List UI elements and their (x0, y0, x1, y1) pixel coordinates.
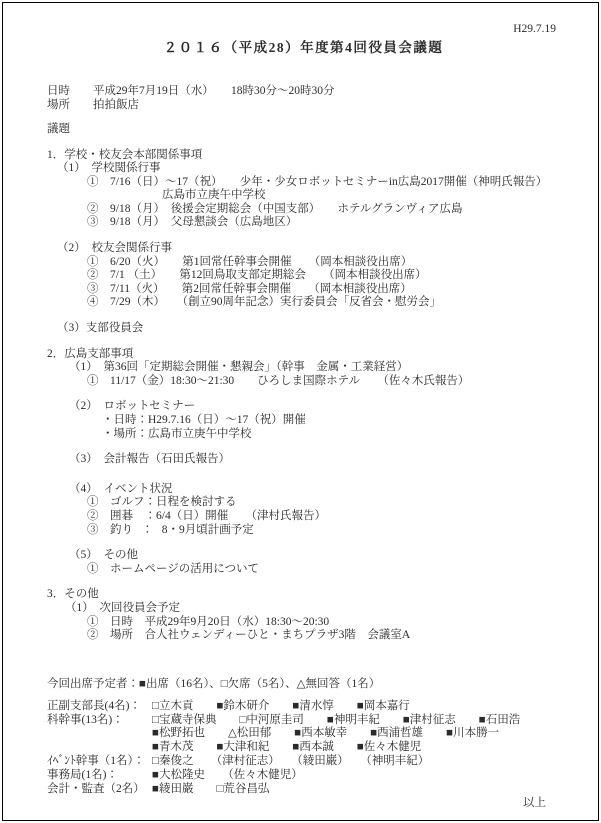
attendance-rows: 正副支部長(4名)： □立木貢 ■鈴木研介 ■清水惇 ■岡本嘉行 科幹事(13名… (47, 700, 560, 797)
section-hiroshima-shibu: 2．広島支部事項 （1） 第36回「定期総会開催・懇親会」（幹事 金属・工業経営… (47, 348, 560, 577)
datetime-label: 日時 (47, 85, 93, 99)
place-label: 場所 (47, 99, 93, 113)
agenda-item: ② 囲碁 ：6/4（日）開催 （津村氏報告） (47, 510, 560, 524)
attendance-row-names: ■大松隆史 （佐々木健児） (152, 769, 303, 783)
agenda-item: ・日時：H29.7.16（日）～17（祝）開催 (47, 414, 560, 428)
subsection-robot-seminar: （2） ロボットセミナー ・日時：H29.7.16（日）～17（祝）開催 ・場所… (47, 400, 560, 441)
attendance-row-event-kanji: ｲﾍﾞﾝﾄ幹事（1名）： □秦俊之 （津村征志） （綾田巌） （神明丰紀） (47, 755, 560, 769)
subsection-school-events: （1） 学校関係行事 ① 7/16（日）～17（祝） 少年・少女ロボットセミナー… (47, 162, 560, 230)
attendance-row-label: 事務局(1名)： (47, 769, 152, 783)
attendance-row-label: 科幹事(13名)： (47, 714, 152, 728)
subsection-kaikei-hokoku: （3） 会計報告（石田氏報告） (47, 453, 560, 467)
subsection-jikai-yotei: （1） 次回役員会予定 ① 日時 平成29年9月20日（水）18:30～20:3… (47, 602, 560, 643)
attendance-row-names: □宝蔵寺保典 □中河原圭司 ■神明丰紀 ■津村征志 ■石田浩 (152, 714, 520, 728)
subsection-title: （4） イベント状況 (47, 483, 560, 497)
attendance-row-jimukyoku: 事務局(1名)： ■大松隆史 （佐々木健児） (47, 769, 560, 783)
place-value: 拍拍飯店 (93, 99, 139, 113)
subsection-teiki-sokai: （1） 第36回「定期総会開催・懇親会」（幹事 金属・工業経営） ① 11/17… (47, 361, 560, 388)
subsection-event-jokyo: （4） イベント状況 ① ゴルフ：日程を検討する ② 囲碁 ：6/4（日）開催 … (47, 483, 560, 537)
subsection-title: （3）支部役員会 (47, 322, 560, 336)
attendance-row-label (47, 741, 152, 755)
attendance-row-label: ｲﾍﾞﾝﾄ幹事（1名）： (47, 755, 152, 769)
agenda-heading: 議題 (47, 123, 560, 137)
meeting-datetime-row: 日時 平成29年7月19日（水） 18時30分～20時30分 (47, 85, 560, 99)
subsection-title: （2） 校友会関係行事 (47, 242, 560, 256)
agenda-item: ・場所：広島市立庚午中学校 (47, 428, 560, 442)
agenda-item: ④ 7/29（木） （創立90周年記念）実行委員会「反省会・慰労会」 (47, 296, 560, 310)
subsection-koyukai-events: （2） 校友会関係行事 ① 6/20（火） 第1回常任幹事会開催 （岡本相談役出… (47, 242, 560, 310)
agenda-item: ② 7/1 （土） 第12回鳥取支部定期総会 （岡本相談役出席） (47, 269, 560, 283)
agenda-item: ③ 9/18（月） 父母懇談会（広島地区） (47, 216, 560, 230)
attendance-section: 今回出席予定者：■出席（16名）、□欠席（5名）、△無回答（1名） 正副支部長(… (47, 677, 560, 797)
meeting-info: 日時 平成29年7月19日（水） 18時30分～20時30分 場所 拍拍飯店 (47, 85, 560, 112)
subsection-title: （1） 学校関係行事 (47, 162, 560, 176)
attendance-row-label: 会計・監査（2名） (47, 783, 152, 797)
closing-statement: 以上 (47, 797, 560, 811)
attendance-row-names: ■松野拓也 △松田郁 ■西本敏幸 ■西浦哲雄 ■川本勝一 (152, 727, 499, 741)
section-school-honbu: 1．学校・校友会本部関係事項 （1） 学校関係行事 ① 7/16（日）～17（祝… (47, 149, 560, 336)
attendance-row-names: □立木貢 ■鈴木研介 ■清水惇 ■岡本嘉行 (152, 700, 410, 714)
subsection-sonota: （5） その他 ① ホームページの活用について (47, 549, 560, 576)
meeting-place-row: 場所 拍拍飯店 (47, 99, 560, 113)
document-title: ２０１６（平成28）年度第4回役員会議題 (47, 39, 560, 56)
subsection-shibu-yakuinkai: （3）支部役員会 (47, 322, 560, 336)
agenda-item: ② 9/18（月） 後援会定期総会（中国支部） ホテルグランヴィア広島 (47, 203, 560, 217)
subsection-title: （2） ロボットセミナー (47, 400, 560, 414)
agenda-item: ② 場所 合人社ウェンディーひと・まちプラザ3階 会議室A (47, 629, 560, 643)
attendance-row-kaikei-kansa: 会計・監査（2名） ■綾田巌 □荒谷昌弘 (47, 783, 560, 797)
attendance-row-names: □秦俊之 （津村征志） （綾田巌） （神明丰紀） (152, 755, 429, 769)
attendance-row-names: ■綾田巌 □荒谷昌弘 (152, 783, 269, 797)
attendance-row-label: 正副支部長(4名)： (47, 700, 152, 714)
attendance-row-names: ■青木茂 ■大津和紀 ■西本誠 ■佐々木健児 (152, 741, 421, 755)
attendance-row-fukushibucho: 正副支部長(4名)： □立木貢 ■鈴木研介 ■清水惇 ■岡本嘉行 (47, 700, 560, 714)
agenda-item: ① 6/20（火） 第1回常任幹事会開催 （岡本相談役出席） (47, 256, 560, 270)
datetime-value: 平成29年7月19日（水） 18時30分～20時30分 (93, 85, 335, 99)
attendance-row-kakanji-3: ■青木茂 ■大津和紀 ■西本誠 ■佐々木健児 (47, 741, 560, 755)
subsection-title: （3） 会計報告（石田氏報告） (47, 453, 560, 467)
section-title: 3．その他 (47, 588, 560, 602)
subsection-title: （1） 次回役員会予定 (47, 602, 560, 616)
section-title: 1．学校・校友会本部関係事項 (47, 149, 560, 163)
subsection-title: （5） その他 (47, 549, 560, 563)
attendance-row-kakanji-2: ■松野拓也 △松田郁 ■西本敏幸 ■西浦哲雄 ■川本勝一 (47, 727, 560, 741)
attendance-row-label (47, 727, 152, 741)
agenda-item: ① ゴルフ：日程を検討する (47, 496, 560, 510)
date-stamp: H29.7.19 (47, 23, 560, 36)
agenda-item: ① 7/16（日）～17（祝） 少年・少女ロボットセミナーin広島2017開催（… (47, 176, 560, 190)
agenda-item: ① 日時 平成29年9月20日（水）18:30～20:30 (47, 616, 560, 630)
attendance-row-kakanji-1: 科幹事(13名)： □宝蔵寺保典 □中河原圭司 ■神明丰紀 ■津村征志 ■石田浩 (47, 714, 560, 728)
document-page: H29.7.19 ２０１６（平成28）年度第4回役員会議題 日時 平成29年7月… (2, 2, 599, 821)
attendance-summary: 今回出席予定者：■出席（16名）、□欠席（5名）、△無回答（1名） (47, 677, 560, 691)
agenda-item-continuation: 広島市立庚午中学校 (47, 189, 560, 203)
section-title: 2．広島支部事項 (47, 348, 560, 362)
agenda-item: ① ホームページの活用について (47, 563, 560, 577)
section-sonota: 3．その他 （1） 次回役員会予定 ① 日時 平成29年9月20日（水）18:3… (47, 588, 560, 642)
agenda-item: ③ 釣り ： 8・9月頃計画予定 (47, 524, 560, 538)
agenda-item: ③ 7/11（火） 第2回常任幹事会開催 （岡本相談役出席） (47, 283, 560, 297)
subsection-title: （1） 第36回「定期総会開催・懇親会」（幹事 金属・工業経営） (47, 361, 560, 375)
agenda-item: ① 11/17（金）18:30～21:30 ひろしま国際ホテル （佐々木氏報告） (47, 375, 560, 389)
